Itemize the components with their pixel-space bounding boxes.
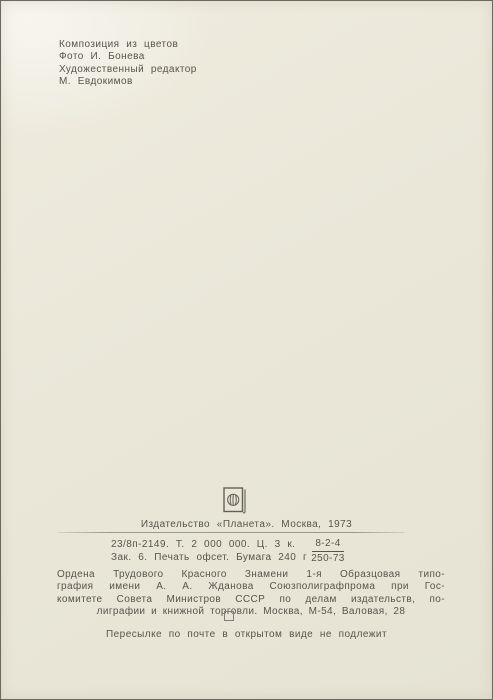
planeta-book-globe-icon [222,486,248,514]
credits-block: Композиция из цветов Фото И. Бонева Худо… [59,39,197,88]
edition-fraction: 8-2-4 250-73 [307,538,349,564]
printer-line: лиграфии и книжной торговли. Москва, М-5… [57,606,445,618]
postcard-back: Композиция из цветов Фото И. Бонева Худо… [0,0,493,700]
edition-fraction-numerator: 8-2-4 [312,538,343,552]
printer-address-block: Ордена Трудового Красного Знамени 1-я Об… [57,569,445,618]
credit-line-photo: Фото И. Бонева [59,51,197,63]
registration-square-icon [224,611,234,621]
mailing-notice: Пересылке по почте в открытом виде не по… [1,629,492,641]
order-line: Зак. 6. Печать офсет. Бумага 240 г [111,552,307,564]
edition-fraction-denominator: 250-73 [307,552,349,565]
printer-line: графия имени А. А. Жданова Союзполиграфп… [57,581,445,593]
printer-line: Ордена Трудового Красного Знамени 1-я Об… [57,569,445,581]
print-code-line: 23/8п-2149. Т. 2 000 000. Ц. 3 к. [111,539,295,551]
credit-line-editor-name: М. Евдокимов [59,76,197,88]
divider-rule [58,532,404,533]
credit-line-editor-role: Художественный редактор [59,64,197,76]
publisher-imprint-line: Издательство «Планета». Москва, 1973 [1,519,492,531]
credit-line-title: Композиция из цветов [59,39,197,51]
printer-line: комитете Совета Министров СССР по делам … [57,594,445,606]
